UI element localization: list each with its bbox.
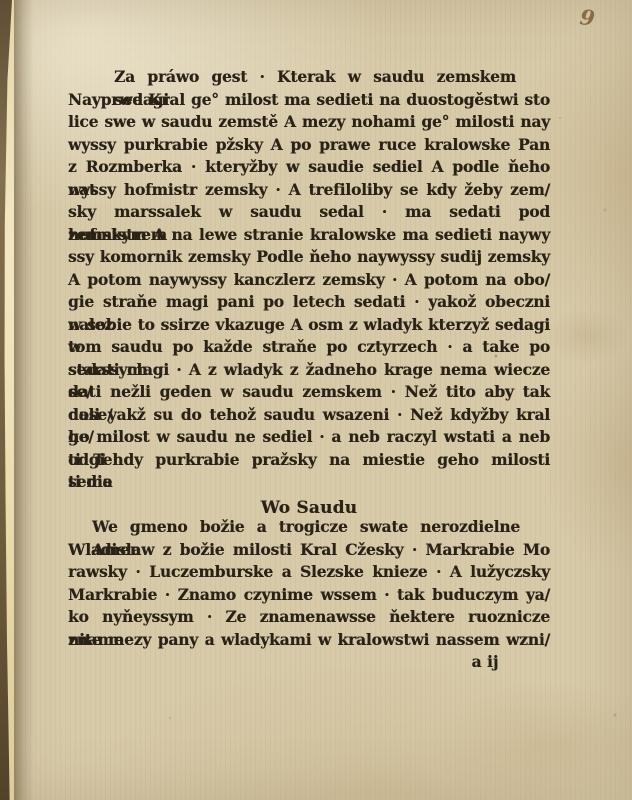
text-line: lice swe w saudu zemstě A mezy nohami ge… <box>68 111 550 134</box>
text-line: gie straňe magi pani po letech sedati · … <box>68 291 550 314</box>
text-line: We gmeno božie a trogicze swate nerozdie… <box>68 516 550 539</box>
book-page-scan: 9 Za práwo gest · Kterak w saudu zemskem… <box>0 0 632 800</box>
text-line: dali yakž su do tehož saudu wsazeni · Ne… <box>68 404 550 427</box>
text-line: A potom naywyssy kanczlerz zemsky · A po… <box>68 269 550 292</box>
text-line: Wladislaw z božie milosti Kral Cžesky · … <box>68 539 550 562</box>
text-line: Za práwo gest · Kterak w saudu zemskem s… <box>68 66 550 89</box>
text-line: Nayprwe Kral ge° milost ma sedieti na du… <box>68 89 550 112</box>
text-line: Markrabie · Znamo czynime wssem · tak bu… <box>68 584 550 607</box>
text-line: wyssy hofmistr zemsky · A trefiloliby se… <box>68 179 550 202</box>
text-line: nite mezy pany a wladykami w kralowstwi … <box>68 629 550 652</box>
text-line: ho milost w saudu ne sediel · a neb racz… <box>68 426 550 449</box>
text-line: rawsky · Luczemburske a Slezske knieze ·… <box>68 561 550 584</box>
text-line: ti Tehdy purkrabie pražsky na miestie ge… <box>68 449 550 472</box>
paragraph-seating-order: Za práwo gest · Kterak w saudu zemskem s… <box>68 66 550 494</box>
signature-mark: a ij <box>455 652 515 671</box>
text-line: ti ma <box>68 471 550 494</box>
gutter-shadow <box>12 0 34 800</box>
text-line: sedati magi · A z wladyk z žadneho krage… <box>68 359 550 382</box>
paragraph-royal-preamble: We gmeno božie a trogicze swate nerozdie… <box>68 516 550 651</box>
text-line: ko nyňeyssym · Ze znamenawsse ňektere ru… <box>68 606 550 629</box>
page-number: 9 <box>578 4 611 33</box>
text-line: zemskym A na lewe stranie kralowske ma s… <box>68 224 550 247</box>
text-line: tom saudu po každe straňe po cztyrzech ·… <box>68 336 550 359</box>
text-line: w sobie to ssirze vkazuge A osm z wladyk… <box>68 314 550 337</box>
text-line: ssy komornik zemsky Podle ňeho naywyssy … <box>68 246 550 269</box>
text-line: sky marssalek w saudu sedal · ma sedati … <box>68 201 550 224</box>
text-line: z Rozmberka · kteryžby w saudie sediel A… <box>68 156 550 179</box>
text-line: wyssy purkrabie pžsky A po prawe ruce kr… <box>68 134 550 157</box>
text-line: dati nežli geden w saudu zemskem · Než t… <box>68 381 550 404</box>
